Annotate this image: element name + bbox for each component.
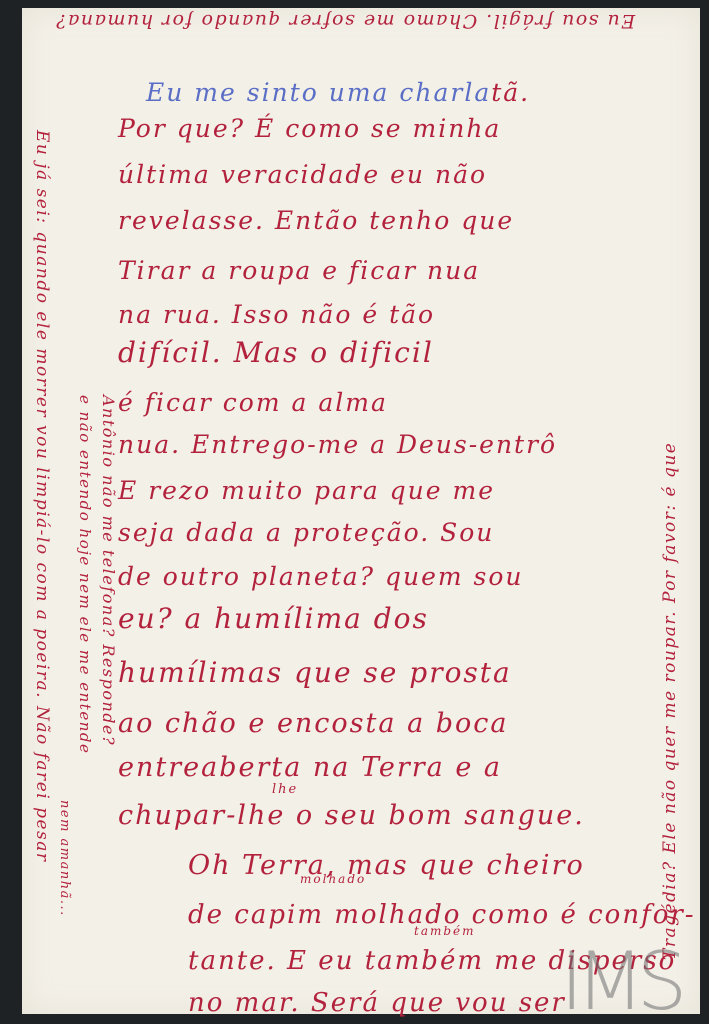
interlinear-tambem: também	[414, 924, 476, 938]
blue-line-text: Eu me sinto uma charla	[146, 78, 491, 107]
ims-watermark-logo: IMS	[560, 942, 679, 1022]
body-line-17: Oh Terra, mas que cheiro	[188, 850, 585, 881]
body-line-6: difícil. Mas o dificil	[118, 336, 434, 369]
body-line-15: entreaberta na Terra e a	[118, 752, 502, 783]
interlinear-molhado: molhado	[300, 872, 366, 886]
left-margin-outer-text: Eu já sei: quando ele morrer vou limpiá-…	[32, 130, 52, 863]
body-line-3: revelasse. Então tenho que	[118, 206, 514, 235]
body-line-20: no mar. Será que vou ser	[188, 988, 566, 1018]
body-line-7: é ficar com a alma	[118, 388, 388, 417]
blue-opening-line: Eu me sinto uma charlatã.	[146, 78, 530, 107]
superscript-lhe: lhe	[272, 782, 298, 797]
body-line-16: chupar-lhe o seu bom sangue.	[118, 800, 585, 831]
body-line-2: última veracidade eu não	[118, 160, 487, 189]
body-line-11: de outro planeta? quem sou	[118, 562, 524, 591]
body-line-1: Por que? É como se minha	[118, 114, 501, 143]
body-line-5: na rua. Isso não é tão	[118, 300, 435, 329]
body-line-14: ao chão e encosta a boca	[118, 708, 509, 739]
body-line-10: seja dada a proteção. Sou	[118, 518, 494, 547]
body-line-13: humílimas que se prosta	[118, 656, 512, 689]
right-margin-text: Tragédia? Ele não quer me roupar. Por fa…	[660, 442, 680, 960]
left-margin-inner-text-3: nem amanhã...	[57, 800, 72, 917]
top-margin-upside-down-text: Eu sou frágil. Chamo me sofrer quando fo…	[40, 10, 650, 32]
body-line-4: Tirar a roupa e ficar nua	[118, 256, 480, 285]
body-line-12: eu? a humílima dos	[118, 602, 429, 635]
body-line-9: E rezo muito para que me	[118, 476, 495, 505]
blue-line-tail: tã.	[491, 78, 530, 107]
left-margin-inner-text-1: Antônio não me telefona? Responde?	[99, 395, 118, 746]
left-margin-inner-text-2: e não entendo hoje nem ele me entende	[76, 395, 94, 754]
body-line-8: nua. Entrego-me a Deus-entrô	[118, 430, 557, 459]
